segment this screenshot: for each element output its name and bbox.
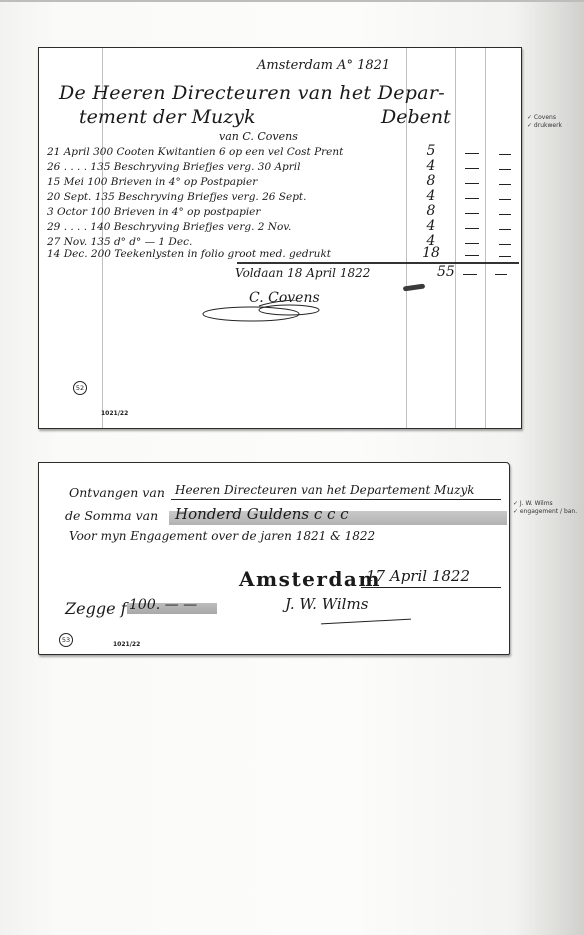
sum-label: de Somma van (65, 508, 158, 523)
receipt-place: Amsterdam (239, 567, 381, 591)
item-description: 300 Cooten Kwitantien 6 op een vel Cost … (93, 146, 343, 158)
item-amount: 4 (419, 188, 443, 204)
margin-note-line: ✓ Covens (527, 114, 562, 122)
item-description: 135 Beschryving Briefjes verg. 30 April (90, 161, 300, 173)
cents-dash (499, 214, 511, 215)
item-date: 15 Mei (47, 176, 84, 188)
item-description: 100 Brieven in 4° op postpapier (90, 206, 260, 218)
item-date: 3 Octor (47, 206, 87, 218)
item-date: 21 April (47, 146, 90, 158)
cents-dash (495, 274, 507, 275)
folio-stamp: 53 (59, 633, 73, 647)
paid-date: Voldaan 18 April 1822 (235, 266, 370, 280)
fill-line (361, 587, 501, 588)
cents-dash (499, 154, 511, 155)
received-label: Ontvangen van (69, 485, 165, 500)
cents-dash (499, 199, 511, 200)
receipt-date: 17 April 1822 (366, 567, 470, 585)
cents-dash (465, 168, 479, 169)
margin-note-receipt: ✓ J. W. Wilms ✓ engagement / ban. (513, 500, 577, 516)
item-description: 200 Teekenlysten in folio groot med. ged… (91, 248, 331, 260)
cents-dash (465, 183, 479, 184)
item-date: 26 . . . . (47, 161, 87, 173)
cents-dash (463, 274, 477, 275)
item-amount: 8 (419, 203, 443, 219)
item-description: 135 d° d° — 1 Dec. (91, 236, 193, 248)
item-date: 20 Sept. (47, 191, 91, 203)
cents-dash (499, 184, 511, 185)
cents-dash (465, 213, 479, 214)
invoice-place-date: Amsterdam A° 1821 (257, 58, 390, 73)
margin-note-line: ✓ drukwerk (527, 122, 562, 130)
invoice-addressee-line1: De Heeren Directeuren van het Depar- (59, 82, 445, 104)
item-description: 100 Brieven in 4° op Postpapier (87, 176, 257, 188)
item-date: 14 Dec. (47, 248, 88, 260)
total-rule (237, 262, 519, 264)
zegge-value: 100. — — (129, 597, 197, 613)
signature-underline (321, 619, 411, 625)
archive-number: 1021/22 (101, 410, 128, 417)
receipt-signature: J. W. Wilms (285, 595, 368, 613)
cents-dash (499, 229, 511, 230)
cents-dash (499, 256, 511, 257)
receipt-document: Ontvangen van Heeren Directeuren van het… (38, 462, 510, 655)
invoice-document: Amsterdam A° 1821 De Heeren Directeuren … (38, 47, 522, 429)
item-description: 135 Beschryving Briefjes verg. 26 Sept. (95, 191, 307, 203)
item-description: 140 Beschryving Briefjes verg. 2 Nov. (90, 221, 291, 233)
invoice-from: van C. Covens (219, 130, 298, 143)
item-date: 27 Nov. (47, 236, 87, 248)
receipt-purpose: Voor myn Engagement over de jaren 1821 &… (69, 529, 375, 543)
cents-dash (465, 198, 479, 199)
item-amount: 5 (419, 143, 443, 159)
item-amount: 8 (419, 173, 443, 189)
margin-note-invoice: ✓ Covens ✓ drukwerk (527, 114, 562, 130)
signature-flourish-icon (199, 300, 349, 326)
item-amount: 18 (419, 245, 443, 261)
cents-dash (499, 169, 511, 170)
ruling-line (455, 48, 456, 428)
margin-note-line: ✓ J. W. Wilms (513, 500, 577, 508)
invoice-addressee-line2: tement der Muzyk (79, 106, 256, 128)
ruling-line (406, 48, 407, 428)
cents-dash (499, 244, 511, 245)
folio-stamp: 52 (73, 381, 87, 395)
archive-number: 1021/22 (113, 641, 140, 648)
received-from: Heeren Directeuren van het Departement M… (175, 483, 475, 497)
scan-top-edge (0, 0, 584, 2)
item-amount: 4 (419, 218, 443, 234)
total-amount: 55 (437, 264, 455, 280)
cents-dash (465, 255, 479, 256)
item-date: 29 . . . . (47, 221, 87, 233)
zegge-label: Zegge f (65, 599, 127, 618)
cents-dash (465, 228, 479, 229)
cents-dash (465, 153, 479, 154)
margin-note-line: ✓ engagement / ban. (513, 508, 577, 516)
ruling-line (485, 48, 486, 428)
sum-value: Honderd Guldens c c c (175, 505, 349, 523)
fill-line (171, 499, 501, 500)
item-amount: 4 (419, 158, 443, 174)
cents-dash (465, 243, 479, 244)
debent-label: Debent (381, 106, 451, 128)
